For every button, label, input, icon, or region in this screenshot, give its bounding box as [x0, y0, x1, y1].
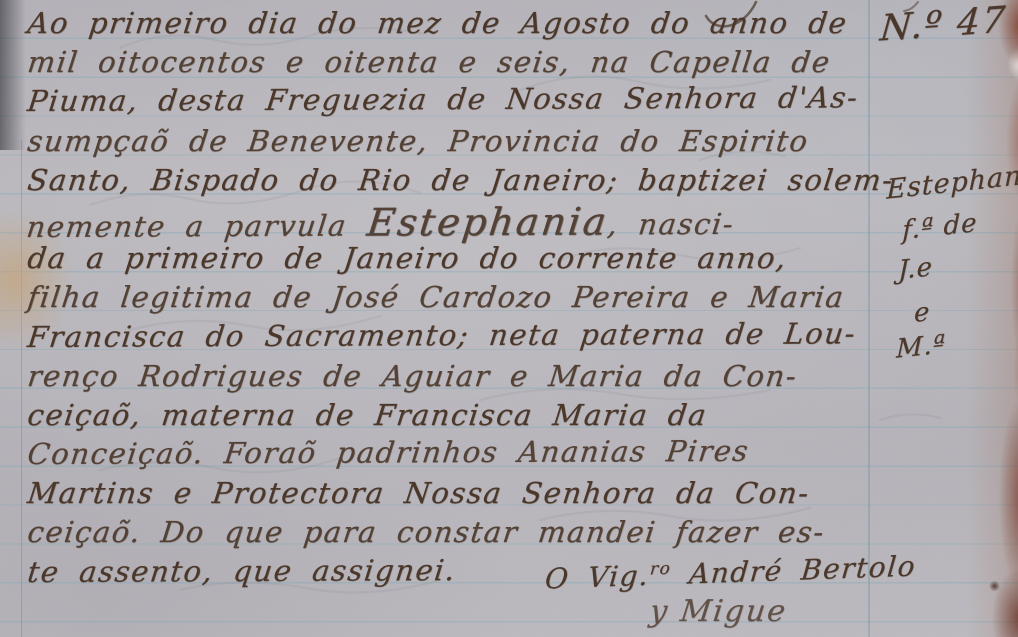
- signature-title: O Vig.: [544, 559, 651, 596]
- manuscript-line: Piuma, desta Freguezia de Nossa Senhora …: [25, 81, 890, 124]
- manuscript-line: ceiçaõ, materna de Francisca Maria da: [25, 398, 890, 437]
- manuscript-line: Ao primeiro dia do mez de Agosto do anno…: [25, 6, 890, 45]
- manuscript-line: Martins e Protectora Nossa Senhora da Co…: [25, 476, 890, 515]
- manuscript-line: Santo, Bispado do Rio de Janeiro; baptiz…: [25, 163, 890, 202]
- red-edge-stain: [966, 0, 1018, 637]
- manuscript-line-baptism: nemente a parvula Estephania, nasci-: [25, 198, 890, 241]
- margin-note-mother: M.ª: [896, 329, 947, 364]
- manuscript-line: renço Rodrigues de Aguiar e Maria da Con…: [25, 359, 890, 398]
- manuscript-line: ceiçaõ. Do que para constar mandei fazer…: [25, 515, 890, 554]
- signature-second-line: y Migue: [648, 594, 789, 629]
- manuscript-line: Conceiçaõ. Foraõ padrinhos Ananias Pires: [25, 433, 890, 476]
- manuscript-line: filha legitima de José Cardozo Pereira e…: [25, 280, 890, 319]
- margin-note-father: J.e: [898, 252, 933, 286]
- margin-note-e: e: [914, 297, 931, 329]
- signature-title-superscript: ro: [649, 559, 672, 580]
- baptized-name: Estephania: [365, 199, 611, 244]
- manuscript-line: Francisca do Sacramento; neta paterna de…: [25, 316, 890, 359]
- manuscript-page: N.º 47 Ao primeiro dia do mez de Agosto …: [0, 0, 1018, 637]
- line-prefix: nemente a parvula: [25, 208, 369, 243]
- manuscript-line: da a primeiro de Janeiro do corrente ann…: [25, 241, 890, 280]
- manuscript-line: sumpçaõ de Benevente, Provincia do Espir…: [25, 124, 890, 163]
- manuscript-line: mil oitocentos e oitenta e seis, na Cape…: [25, 45, 890, 84]
- page-edge-shadow: [0, 0, 26, 150]
- manuscript-body: Ao primeiro dia do mez de Agosto do anno…: [25, 6, 885, 594]
- line-suffix: , nasci-: [606, 207, 736, 242]
